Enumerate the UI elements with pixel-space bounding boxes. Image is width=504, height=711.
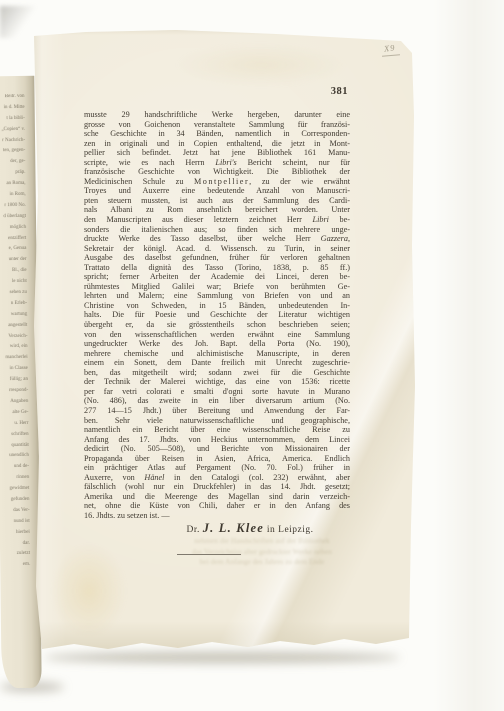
body-text: musste 29 handschriftliche Werke hergebe… (84, 110, 350, 521)
text-line: sche Geschichte in 34 Bänden, namentlich… (84, 129, 350, 139)
margin-fragment-line: unter der (0, 255, 27, 266)
text-line: von den wissenschaftlichen werden erwähn… (84, 330, 350, 340)
ink-bleedthrough: nehmen die Handschriften auf der Bibliot… (144, 536, 380, 568)
margin-fragment-line: rrespond- (0, 386, 28, 397)
text-line: Propaganda über Reisen in Asien, Africa,… (84, 454, 350, 464)
text-line: sonders die italienischen aus; so finden… (84, 225, 350, 235)
text-line: pten steuern mussten, ist auch aus der S… (84, 196, 350, 206)
margin-fragment-line: d überlangt (0, 212, 26, 223)
margin-fragment-line: nund ist (2, 517, 30, 528)
margin-fragment-line: in Classe (0, 364, 28, 375)
book-page: X9 381 musste 29 handschriftliche Werke … (26, 26, 418, 666)
text-line: Medicinischen Schule zu Montpellier, zu … (84, 177, 350, 187)
margin-fragment-line: möglich (0, 223, 26, 234)
margin-fragment-line: in Rom, (0, 190, 26, 201)
text-line: musste 29 handschriftliche Werke hergebe… (84, 110, 350, 120)
signature-suffix: in Leipzig. (264, 525, 314, 535)
text-line: Troyes und Auxerre eine bedeutende Anzah… (84, 186, 350, 196)
scan-background: Beitr. vonin d. Mittet la bibli-„Copien“… (0, 0, 504, 711)
margin-fragment-line: mancherlei (0, 353, 28, 364)
margin-fragment-line: alte Ge- (0, 408, 28, 419)
margin-fragment-line: an Roma, (0, 179, 26, 190)
margin-fragment-line: n Erleb- (0, 299, 27, 310)
handwritten-pencil-mark: X9 (383, 42, 396, 53)
margin-fragment-line: Bl., die (0, 266, 27, 277)
text-line: dedicirt (No. 505—508), und Berichte von… (84, 444, 350, 454)
margin-fragment-line: e, Genua (0, 244, 26, 255)
text-line: Ausgabe des daselbst gefundnen, früher f… (84, 253, 350, 263)
margin-fragment-line: wird, ein (0, 342, 28, 353)
signature-name: J. L. Klee (203, 521, 264, 535)
paper-stain (176, 44, 346, 86)
text-line: Anfang des 17. Jhdts. von Heckius untern… (84, 435, 350, 445)
text-line: zen in originali und in Copien enthalten… (84, 139, 350, 149)
margin-fragment-line: quantität (1, 440, 29, 451)
text-line: ben. Sehr viele naturwissenschaftliche u… (84, 416, 350, 426)
author-signature-line: Dr. J. L. Klee in Leipzig. (130, 519, 370, 537)
margin-fragment-line: „Copien“ v. (0, 125, 25, 136)
margin-fragment-line: hierbei (2, 527, 30, 538)
bleedthrough-line: nehmen die Handschriften auf der Bibliot… (144, 536, 380, 547)
text-line: ungedruckter Werke des Joh. Bapt. della … (84, 339, 350, 349)
margin-fragment-line: r Nachrich- (0, 135, 25, 146)
text-line: 277 14—15 Jhdt.) über Bereitung und Anwe… (84, 406, 350, 416)
previous-page-text-fragments: Beitr. vonin d. Mittet la bibli-„Copien“… (0, 92, 30, 571)
text-line: ein prächtiger Atlas auf Pergament (No. … (84, 463, 350, 473)
bleedthrough-line: bei dem Anfange des Jahres zu dem Ende (144, 557, 380, 568)
margin-fragment-line: dar. (2, 538, 30, 549)
margin-fragment-line: wartung (0, 310, 27, 321)
margin-fragment-line: em. (2, 560, 30, 571)
text-line: (No. 486), das zweite in ein liber diver… (84, 396, 350, 406)
pencil-underline-stroke (382, 54, 400, 57)
text-line: Auxerre, von Hänel in den Catalogi (col.… (84, 473, 350, 483)
text-line: übergeht er, da sie grösstentheils schon… (84, 320, 350, 330)
margin-fragment-line: unendlich (1, 451, 29, 462)
text-line: fälschlich (wohl nur ein Druckfehler) in… (84, 482, 350, 492)
text-line: mehrere chemische und alchimistische Man… (84, 349, 350, 359)
margin-fragment-line: Angaben (0, 397, 28, 408)
text-line: Sekretair der königl. Acad. d. Wissensch… (84, 244, 350, 254)
text-line: den Manuscripten aus dieser letztern zei… (84, 215, 350, 225)
text-line: rühmtestes Mitglied Galilei war; Briefe … (84, 282, 350, 292)
margin-fragment-line: r 1800 No. (0, 201, 26, 212)
margin-fragment-line: schriften (1, 429, 29, 440)
margin-fragment-line: u. Herr (0, 419, 28, 430)
text-line: namentlich ein Bericht über eine wissens… (84, 425, 350, 435)
margin-fragment-line: gewidmet (1, 484, 29, 495)
margin-fragment-line: entziffert (0, 233, 26, 244)
margin-fragment-line: gefunden (1, 495, 29, 506)
text-line: halts. Die für Poesie und Geschichte der… (84, 310, 350, 320)
margin-fragment-line: ten, gegen- (0, 146, 25, 157)
gutter-shadow (0, 6, 36, 38)
text-line: Amerika und die Meerenge des Magellan si… (84, 492, 350, 502)
margin-fragment-line: le nicht (0, 277, 27, 288)
text-line: spricht; ferner Arbeiten der Academie de… (84, 272, 350, 282)
margin-fragment-line: der, ge- (0, 157, 25, 168)
text-line: scripte, wie es nach Herrn Libri's Beric… (84, 158, 350, 168)
text-line: net, ohne die Küste von Chili, daher er … (84, 501, 350, 511)
margin-fragment-line: Verzeich- (0, 331, 28, 342)
text-line: per far vetri colorati e smalti d'ogni s… (84, 387, 350, 397)
text-line: der Technik der Malerei wichtige, das ei… (84, 377, 350, 387)
paper-stain (52, 544, 126, 638)
margin-fragment-line: und de- (1, 462, 29, 473)
previous-page-edge: Beitr. vonin d. Mittet la bibli-„Copien“… (0, 76, 42, 688)
text-line: ben, das mitgetheilt wird; sodann zwei f… (84, 368, 350, 378)
margin-fragment-line: zuletzt (2, 549, 30, 560)
page-shadow (44, 652, 400, 663)
text-line: Christine von Schweden, in 15 Bänden, un… (84, 301, 350, 311)
margin-fragment-line: Beitr. von (0, 92, 25, 103)
text-line: pellier sich befindet. Jetzt hat jene Bi… (84, 148, 350, 158)
margin-fragment-line: rinnen (1, 473, 29, 484)
text-line: französische Geschichte von Wichtigkeit.… (84, 167, 350, 177)
text-line: lehrten und Malern; eine Sammlung von Br… (84, 291, 350, 301)
margin-fragment-line: angestellt (0, 321, 27, 332)
margin-fragment-line: sehen zu (0, 288, 27, 299)
text-line: grosse von Goichenon veranstaltete Samml… (84, 120, 350, 130)
text-line: druckte Werke des Tasso daselbst, über w… (84, 234, 350, 244)
signature-prefix: Dr. (186, 525, 202, 535)
text-line: Trattato della dignità des Tasso (Torino… (84, 263, 350, 273)
margin-fragment-line: t la bibli- (0, 114, 25, 125)
bleedthrough-line: das Verzeichniss alter gedruckter Werke … (144, 547, 380, 558)
margin-fragment-line: in d. Mitte (0, 103, 25, 114)
margin-fragment-line: das Ver- (2, 506, 30, 517)
page-number: 381 (84, 86, 350, 97)
margin-fragment-line: füllig; an (0, 375, 28, 386)
text-line: einem ein Sonett, dem Dante freilich mit… (84, 358, 350, 368)
margin-fragment-line: präp. (0, 168, 26, 179)
text-line: nals Albani zu Rom ansehnlich bereichert… (84, 205, 350, 215)
